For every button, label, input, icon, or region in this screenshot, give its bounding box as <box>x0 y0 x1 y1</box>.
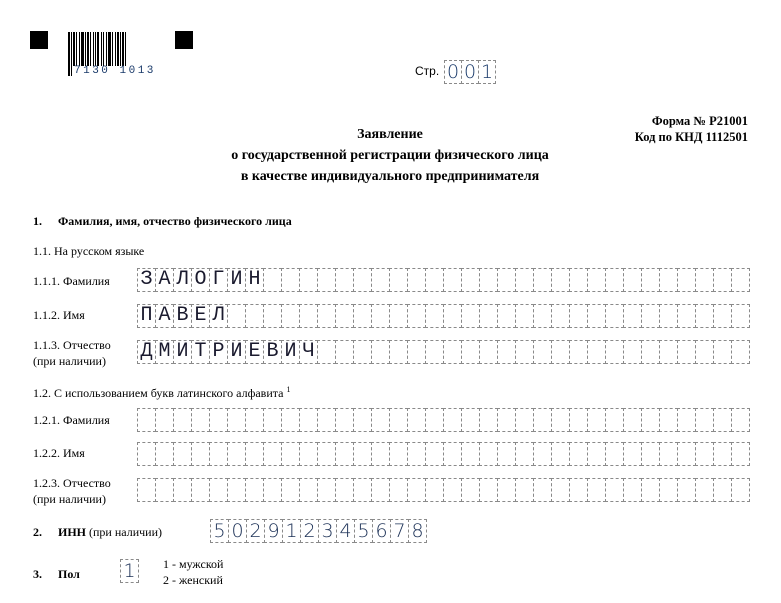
char-cell[interactable]: 6 <box>372 519 391 543</box>
char-cell[interactable] <box>443 340 462 364</box>
char-cell[interactable] <box>443 268 462 292</box>
char-cell[interactable] <box>533 478 552 502</box>
char-cell[interactable] <box>227 478 246 502</box>
surname-latin-field[interactable] <box>137 408 750 432</box>
char-cell[interactable]: 0 <box>461 60 479 84</box>
surname-ru-label: 1.1.1. Фамилия <box>33 273 110 289</box>
char-cell[interactable] <box>371 340 390 364</box>
char-cell[interactable] <box>371 442 390 466</box>
char-cell[interactable] <box>263 268 282 292</box>
char-cell[interactable] <box>551 340 570 364</box>
char-cell[interactable] <box>245 478 264 502</box>
inn-label-text: ИНН <box>58 525 86 539</box>
char-cell[interactable] <box>407 304 426 328</box>
patronymic-lat-label-2: (при наличии) <box>33 491 111 507</box>
char-cell[interactable] <box>659 442 678 466</box>
char-cell[interactable] <box>605 304 624 328</box>
char-cell[interactable] <box>263 478 282 502</box>
char-cell[interactable] <box>659 340 678 364</box>
page-number-field[interactable]: 001 <box>444 60 496 84</box>
patronymic-lat-label-1: 1.2.3. Отчество <box>33 475 111 491</box>
char-cell[interactable] <box>551 268 570 292</box>
char-cell[interactable] <box>587 442 606 466</box>
char-cell[interactable] <box>569 478 588 502</box>
char-cell[interactable] <box>515 408 534 432</box>
char-cell[interactable] <box>245 304 264 328</box>
char-cell[interactable] <box>353 478 372 502</box>
char-cell[interactable] <box>731 408 750 432</box>
char-cell[interactable] <box>677 478 696 502</box>
char-cell[interactable] <box>731 442 750 466</box>
char-cell[interactable] <box>281 478 300 502</box>
char-cell[interactable] <box>623 478 642 502</box>
char-cell[interactable]: Л <box>173 268 192 292</box>
char-cell[interactable] <box>173 478 192 502</box>
name-lat-label: 1.2.2. Имя <box>33 445 85 461</box>
char-cell[interactable] <box>299 268 318 292</box>
char-cell[interactable] <box>353 442 372 466</box>
char-cell[interactable]: 5 <box>210 519 229 543</box>
char-cell[interactable] <box>713 304 732 328</box>
char-cell[interactable] <box>281 442 300 466</box>
char-cell[interactable] <box>155 408 174 432</box>
char-cell[interactable] <box>569 442 588 466</box>
alignment-marker-right <box>175 31 193 49</box>
section-1-title: Фамилия, имя, отчество физического лица <box>58 214 292 229</box>
char-cell[interactable] <box>389 408 408 432</box>
char-cell[interactable] <box>695 340 714 364</box>
alignment-marker-left <box>30 31 48 49</box>
char-cell[interactable]: И <box>227 268 246 292</box>
char-cell[interactable] <box>587 408 606 432</box>
char-cell[interactable] <box>461 340 480 364</box>
char-cell[interactable] <box>515 340 534 364</box>
char-cell[interactable] <box>317 268 336 292</box>
char-cell[interactable] <box>659 304 678 328</box>
char-cell[interactable] <box>623 408 642 432</box>
section-2-number: 2. <box>33 525 42 540</box>
title-line-3: в качестве индивидуального предпринимате… <box>150 166 630 187</box>
surname-ru-field[interactable]: ЗАЛОГИН <box>137 268 750 292</box>
name-ru-field[interactable]: ПАВЕЛ <box>137 304 750 328</box>
char-cell[interactable] <box>713 408 732 432</box>
char-cell[interactable] <box>677 442 696 466</box>
russian-heading: 1.1. На русском языке <box>33 243 144 259</box>
char-cell[interactable] <box>461 442 480 466</box>
char-cell[interactable] <box>497 442 516 466</box>
char-cell[interactable]: М <box>155 340 174 364</box>
char-cell[interactable] <box>371 304 390 328</box>
char-cell[interactable]: Ч <box>299 340 318 364</box>
char-cell[interactable] <box>317 408 336 432</box>
char-cell[interactable] <box>425 408 444 432</box>
inn-label-note: (при наличии) <box>89 525 162 539</box>
char-cell[interactable]: 2 <box>246 519 265 543</box>
char-cell[interactable] <box>461 408 480 432</box>
char-cell[interactable] <box>551 304 570 328</box>
char-cell[interactable] <box>731 340 750 364</box>
char-cell[interactable] <box>353 304 372 328</box>
char-cell[interactable] <box>587 478 606 502</box>
char-cell[interactable]: П <box>137 304 156 328</box>
char-cell[interactable] <box>299 408 318 432</box>
char-cell[interactable] <box>533 304 552 328</box>
char-cell[interactable] <box>227 408 246 432</box>
char-cell[interactable] <box>137 478 156 502</box>
char-cell[interactable]: З <box>137 268 156 292</box>
char-cell[interactable] <box>497 268 516 292</box>
char-cell[interactable] <box>497 478 516 502</box>
char-cell[interactable] <box>515 478 534 502</box>
char-cell[interactable] <box>713 478 732 502</box>
char-cell[interactable] <box>659 268 678 292</box>
char-cell[interactable] <box>389 340 408 364</box>
form-number: Форма № Р21001 <box>635 113 748 129</box>
char-cell[interactable] <box>605 340 624 364</box>
char-cell[interactable] <box>137 442 156 466</box>
char-cell[interactable] <box>515 442 534 466</box>
char-cell[interactable] <box>479 442 498 466</box>
char-cell[interactable] <box>461 304 480 328</box>
char-cell[interactable] <box>641 268 660 292</box>
latin-heading-text: 1.2. С использованием букв латинского ал… <box>33 386 283 400</box>
char-cell[interactable] <box>677 340 696 364</box>
char-cell[interactable] <box>335 268 354 292</box>
char-cell[interactable] <box>335 340 354 364</box>
char-cell[interactable] <box>659 408 678 432</box>
char-cell[interactable] <box>587 340 606 364</box>
char-cell[interactable] <box>659 478 678 502</box>
char-cell[interactable] <box>443 408 462 432</box>
char-cell[interactable] <box>479 304 498 328</box>
char-cell[interactable] <box>353 268 372 292</box>
char-cell[interactable]: Р <box>209 340 228 364</box>
char-cell[interactable]: 7 <box>390 519 409 543</box>
char-cell[interactable] <box>371 408 390 432</box>
char-cell[interactable] <box>551 442 570 466</box>
char-cell[interactable] <box>389 478 408 502</box>
char-cell[interactable] <box>425 268 444 292</box>
char-cell[interactable] <box>533 268 552 292</box>
char-cell[interactable]: Е <box>245 340 264 364</box>
char-cell[interactable] <box>677 304 696 328</box>
char-cell[interactable] <box>641 408 660 432</box>
char-cell[interactable] <box>371 268 390 292</box>
char-cell[interactable] <box>407 268 426 292</box>
char-cell[interactable] <box>317 304 336 328</box>
knd-code: Код по КНД 1112501 <box>635 129 748 145</box>
char-cell[interactable]: 8 <box>408 519 427 543</box>
char-cell[interactable]: Т <box>191 340 210 364</box>
char-cell[interactable]: 3 <box>318 519 337 543</box>
char-cell[interactable] <box>695 442 714 466</box>
char-cell[interactable] <box>407 340 426 364</box>
char-cell[interactable] <box>209 408 228 432</box>
char-cell[interactable]: Л <box>209 304 228 328</box>
name-ru-label: 1.1.2. Имя <box>33 307 85 323</box>
char-cell[interactable] <box>299 442 318 466</box>
char-cell[interactable] <box>731 478 750 502</box>
patronymic-lat-label: 1.2.3. Отчество (при наличии) <box>33 475 111 507</box>
char-cell[interactable] <box>443 304 462 328</box>
char-cell[interactable] <box>335 442 354 466</box>
char-cell[interactable]: 5 <box>354 519 373 543</box>
title-line-1: Заявление <box>150 124 630 145</box>
char-cell[interactable]: Е <box>191 304 210 328</box>
char-cell[interactable] <box>677 408 696 432</box>
char-cell[interactable] <box>641 304 660 328</box>
char-cell[interactable] <box>227 304 246 328</box>
char-cell[interactable] <box>245 442 264 466</box>
char-cell[interactable] <box>209 442 228 466</box>
page-label: Стр. <box>415 64 439 78</box>
char-cell[interactable] <box>569 340 588 364</box>
barcode-number: 7130 1013 <box>73 66 157 77</box>
char-cell[interactable] <box>677 268 696 292</box>
gender-label: Пол <box>58 567 80 582</box>
char-cell[interactable] <box>389 268 408 292</box>
char-cell[interactable] <box>623 268 642 292</box>
char-cell[interactable]: 0 <box>228 519 247 543</box>
char-cell[interactable] <box>425 340 444 364</box>
char-cell[interactable] <box>695 304 714 328</box>
char-cell[interactable]: 0 <box>444 60 462 84</box>
char-cell[interactable] <box>209 478 228 502</box>
title-line-2: о государственной регистрации физическог… <box>150 145 630 166</box>
char-cell[interactable] <box>695 268 714 292</box>
char-cell[interactable] <box>515 268 534 292</box>
char-cell[interactable] <box>569 268 588 292</box>
char-cell[interactable] <box>317 442 336 466</box>
char-cell[interactable] <box>695 408 714 432</box>
char-cell[interactable] <box>317 340 336 364</box>
char-cell[interactable] <box>335 478 354 502</box>
char-cell[interactable]: 1 <box>120 559 139 583</box>
char-cell[interactable] <box>335 408 354 432</box>
char-cell[interactable] <box>605 408 624 432</box>
char-cell[interactable] <box>389 442 408 466</box>
char-cell[interactable]: 1 <box>282 519 301 543</box>
char-cell[interactable] <box>713 268 732 292</box>
char-cell[interactable] <box>497 340 516 364</box>
char-cell[interactable] <box>353 340 372 364</box>
char-cell[interactable] <box>569 304 588 328</box>
form-identifier: Форма № Р21001 Код по КНД 1112501 <box>635 113 748 145</box>
char-cell[interactable]: Г <box>209 268 228 292</box>
char-cell[interactable] <box>713 442 732 466</box>
char-cell[interactable] <box>173 442 192 466</box>
char-cell[interactable] <box>479 268 498 292</box>
char-cell[interactable] <box>425 478 444 502</box>
char-cell[interactable] <box>425 304 444 328</box>
char-cell[interactable]: И <box>281 340 300 364</box>
char-cell[interactable] <box>551 408 570 432</box>
char-cell[interactable] <box>533 408 552 432</box>
char-cell[interactable] <box>299 304 318 328</box>
char-cell[interactable] <box>299 478 318 502</box>
char-cell[interactable] <box>533 340 552 364</box>
char-cell[interactable] <box>623 304 642 328</box>
char-cell[interactable] <box>281 268 300 292</box>
gender-option-female: 2 - женский <box>163 572 223 588</box>
char-cell[interactable]: И <box>173 340 192 364</box>
char-cell[interactable]: 1 <box>478 60 496 84</box>
char-cell[interactable]: 4 <box>336 519 355 543</box>
char-cell[interactable] <box>443 442 462 466</box>
char-cell[interactable] <box>623 340 642 364</box>
char-cell[interactable]: В <box>263 340 282 364</box>
char-cell[interactable] <box>371 478 390 502</box>
char-cell[interactable] <box>335 304 354 328</box>
char-cell[interactable] <box>587 268 606 292</box>
char-cell[interactable] <box>605 478 624 502</box>
char-cell[interactable] <box>407 442 426 466</box>
section-3-number: 3. <box>33 567 42 582</box>
char-cell[interactable] <box>515 304 534 328</box>
char-cell[interactable] <box>731 304 750 328</box>
char-cell[interactable] <box>569 408 588 432</box>
char-cell[interactable] <box>551 478 570 502</box>
char-cell[interactable] <box>317 478 336 502</box>
patronymic-ru-label-1: 1.1.3. Отчество <box>33 337 111 353</box>
char-cell[interactable] <box>605 268 624 292</box>
char-cell[interactable] <box>425 442 444 466</box>
char-cell[interactable] <box>263 408 282 432</box>
char-cell[interactable]: В <box>173 304 192 328</box>
char-cell[interactable] <box>641 478 660 502</box>
char-cell[interactable] <box>641 442 660 466</box>
surname-lat-label: 1.2.1. Фамилия <box>33 412 110 428</box>
char-cell[interactable] <box>281 304 300 328</box>
char-cell[interactable] <box>191 442 210 466</box>
char-cell[interactable] <box>443 478 462 502</box>
char-cell[interactable] <box>479 340 498 364</box>
patronymic-latin-field[interactable] <box>137 478 750 502</box>
gender-field[interactable]: 1 <box>120 559 139 583</box>
char-cell[interactable] <box>245 408 264 432</box>
patronymic-ru-label-2: (при наличии) <box>33 353 111 369</box>
char-cell[interactable] <box>713 340 732 364</box>
name-latin-field[interactable] <box>137 442 750 466</box>
latin-heading: 1.2. С использованием букв латинского ал… <box>33 382 290 401</box>
document-title: Заявление о государственной регистрации … <box>150 124 630 187</box>
char-cell[interactable] <box>155 478 174 502</box>
char-cell[interactable] <box>389 304 408 328</box>
char-cell[interactable] <box>623 442 642 466</box>
inn-field[interactable]: 502912345678 <box>210 519 427 543</box>
char-cell[interactable] <box>407 478 426 502</box>
patronymic-ru-field[interactable]: ДМИТРИЕВИЧ <box>137 340 750 364</box>
char-cell[interactable] <box>479 408 498 432</box>
char-cell[interactable] <box>461 268 480 292</box>
char-cell[interactable]: А <box>155 304 174 328</box>
char-cell[interactable]: О <box>191 268 210 292</box>
char-cell[interactable] <box>263 304 282 328</box>
char-cell[interactable] <box>353 408 372 432</box>
char-cell[interactable]: 9 <box>264 519 283 543</box>
section-1-number: 1. <box>33 214 42 229</box>
char-cell[interactable] <box>227 442 246 466</box>
char-cell[interactable] <box>641 340 660 364</box>
char-cell[interactable] <box>155 442 174 466</box>
char-cell[interactable] <box>173 408 192 432</box>
char-cell[interactable] <box>497 408 516 432</box>
char-cell[interactable] <box>191 478 210 502</box>
inn-label: ИНН (при наличии) <box>58 524 162 540</box>
char-cell[interactable]: А <box>155 268 174 292</box>
gender-option-male: 1 - мужской <box>163 556 223 572</box>
char-cell[interactable]: Д <box>137 340 156 364</box>
char-cell[interactable]: 2 <box>300 519 319 543</box>
char-cell[interactable] <box>191 408 210 432</box>
char-cell[interactable] <box>137 408 156 432</box>
char-cell[interactable] <box>497 304 516 328</box>
char-cell[interactable] <box>695 478 714 502</box>
char-cell[interactable] <box>587 304 606 328</box>
char-cell[interactable]: И <box>227 340 246 364</box>
patronymic-ru-label: 1.1.3. Отчество (при наличии) <box>33 337 111 369</box>
char-cell[interactable] <box>605 442 624 466</box>
footnote-marker: 1 <box>286 385 290 394</box>
char-cell[interactable] <box>461 478 480 502</box>
char-cell[interactable]: Н <box>245 268 264 292</box>
char-cell[interactable] <box>731 268 750 292</box>
char-cell[interactable] <box>407 408 426 432</box>
char-cell[interactable] <box>533 442 552 466</box>
char-cell[interactable] <box>263 442 282 466</box>
char-cell[interactable] <box>479 478 498 502</box>
char-cell[interactable] <box>281 408 300 432</box>
